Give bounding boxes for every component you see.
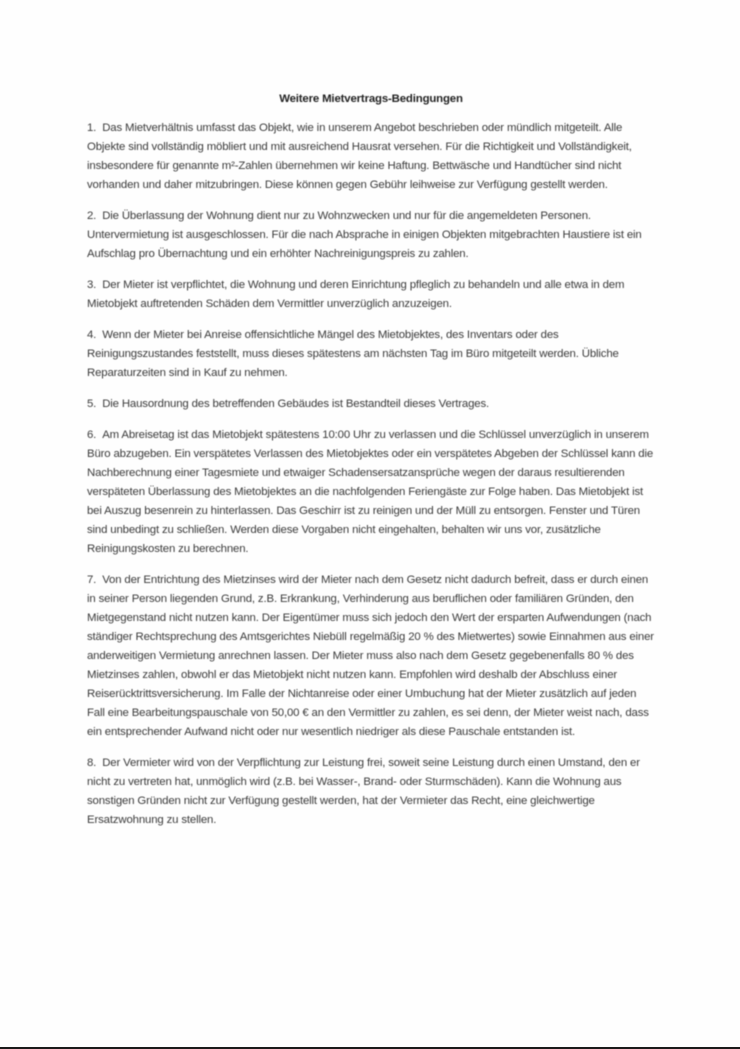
- paragraph-number: 1.: [87, 122, 96, 134]
- paragraph-text: Wenn der Mieter bei Anreise offensichtli…: [87, 329, 619, 379]
- paragraph-6: 6.Am Abreisetag ist das Mietobjekt späte…: [87, 426, 655, 559]
- paragraph-text: Das Mietverhältnis umfasst das Objekt, w…: [87, 122, 632, 191]
- paragraph-1: 1.Das Mietverhältnis umfasst das Objekt,…: [87, 119, 655, 195]
- paragraph-number: 6.: [87, 429, 96, 441]
- paragraph-text: Am Abreisetag ist das Mietobjekt spätest…: [87, 429, 653, 555]
- paragraph-5: 5.Die Hausordnung des betreffenden Gebäu…: [87, 395, 655, 414]
- paragraph-text: Die Hausordnung des betreffenden Gebäude…: [102, 398, 489, 410]
- paragraph-4: 4.Wenn der Mieter bei Anreise offensicht…: [87, 326, 655, 383]
- document-title: Weitere Mietvertrags-Bedingungen: [87, 90, 655, 109]
- paragraph-8: 8.Der Vermieter wird von der Verpflichtu…: [87, 754, 655, 830]
- document-page: Weitere Mietvertrags-Bedingungen 1.Das M…: [0, 0, 740, 1049]
- paragraph-2: 2.Die Überlassung der Wohnung dient nur …: [87, 207, 655, 264]
- paragraph-number: 5.: [87, 398, 96, 410]
- paragraph-text: Von der Entrichtung des Mietzinses wird …: [87, 574, 654, 738]
- paragraph-text: Die Überlassung der Wohnung dient nur zu…: [87, 210, 642, 260]
- paragraph-number: 4.: [87, 329, 96, 341]
- paragraph-number: 8.: [87, 757, 96, 769]
- paragraph-text: Der Mieter ist verpflichtet, die Wohnung…: [87, 279, 624, 310]
- document-body: Weitere Mietvertrags-Bedingungen 1.Das M…: [87, 90, 655, 842]
- paragraph-3: 3.Der Mieter ist verpflichtet, die Wohnu…: [87, 276, 655, 314]
- paragraph-7: 7.Von der Entrichtung des Mietzinses wir…: [87, 571, 655, 742]
- paragraph-number: 7.: [87, 574, 96, 586]
- paragraph-number: 3.: [87, 279, 96, 291]
- paragraph-text: Der Vermieter wird von der Verpflichtung…: [87, 757, 640, 826]
- paragraph-number: 2.: [87, 210, 96, 222]
